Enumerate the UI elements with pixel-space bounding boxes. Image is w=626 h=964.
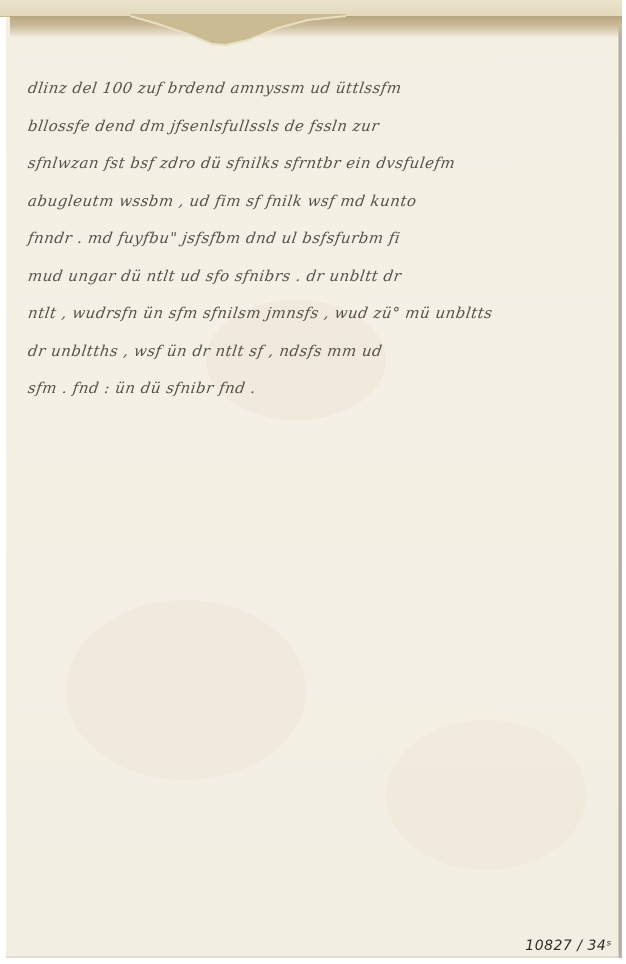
handwritten-line: dlinz del 100 zuf brdend amnyssm ud üttl… [25, 70, 600, 108]
handwritten-line: sfm . fnd : ün dü sfnibr fnd . [25, 370, 600, 408]
handwritten-line: sfnlwzan fst bsf zdro dü sfnilks sfrntbr… [25, 145, 600, 183]
handwritten-line: fnndr . md fuyfbu" jsfsfbm dnd ul bsfsfu… [25, 220, 600, 258]
handwritten-line: mud ungar dü ntlt ud sfo sfnibrs . dr un… [25, 258, 600, 296]
paper-stain [66, 600, 306, 780]
handwritten-line: bllossfe dend dm jfsenlsfullssls de fssl… [25, 108, 600, 146]
handwritten-line: abugleutm wssbm , ud fim sf fnilk wsf md… [25, 183, 600, 221]
handwritten-text-block: dlinz del 100 zuf brdend amnyssm ud üttl… [28, 70, 598, 408]
torn-paper-edge [128, 14, 348, 46]
catalog-number: 10827 / 34ˢ [525, 938, 612, 954]
handwritten-line: dr unbltths , wsf ün dr ntlt sf , ndsfs … [25, 333, 600, 371]
handwritten-line: ntlt , wudrsfn ün sfm sfnilsm jmnsfs , w… [25, 295, 600, 333]
page-edge [619, 0, 622, 958]
paper-stain [386, 720, 586, 870]
